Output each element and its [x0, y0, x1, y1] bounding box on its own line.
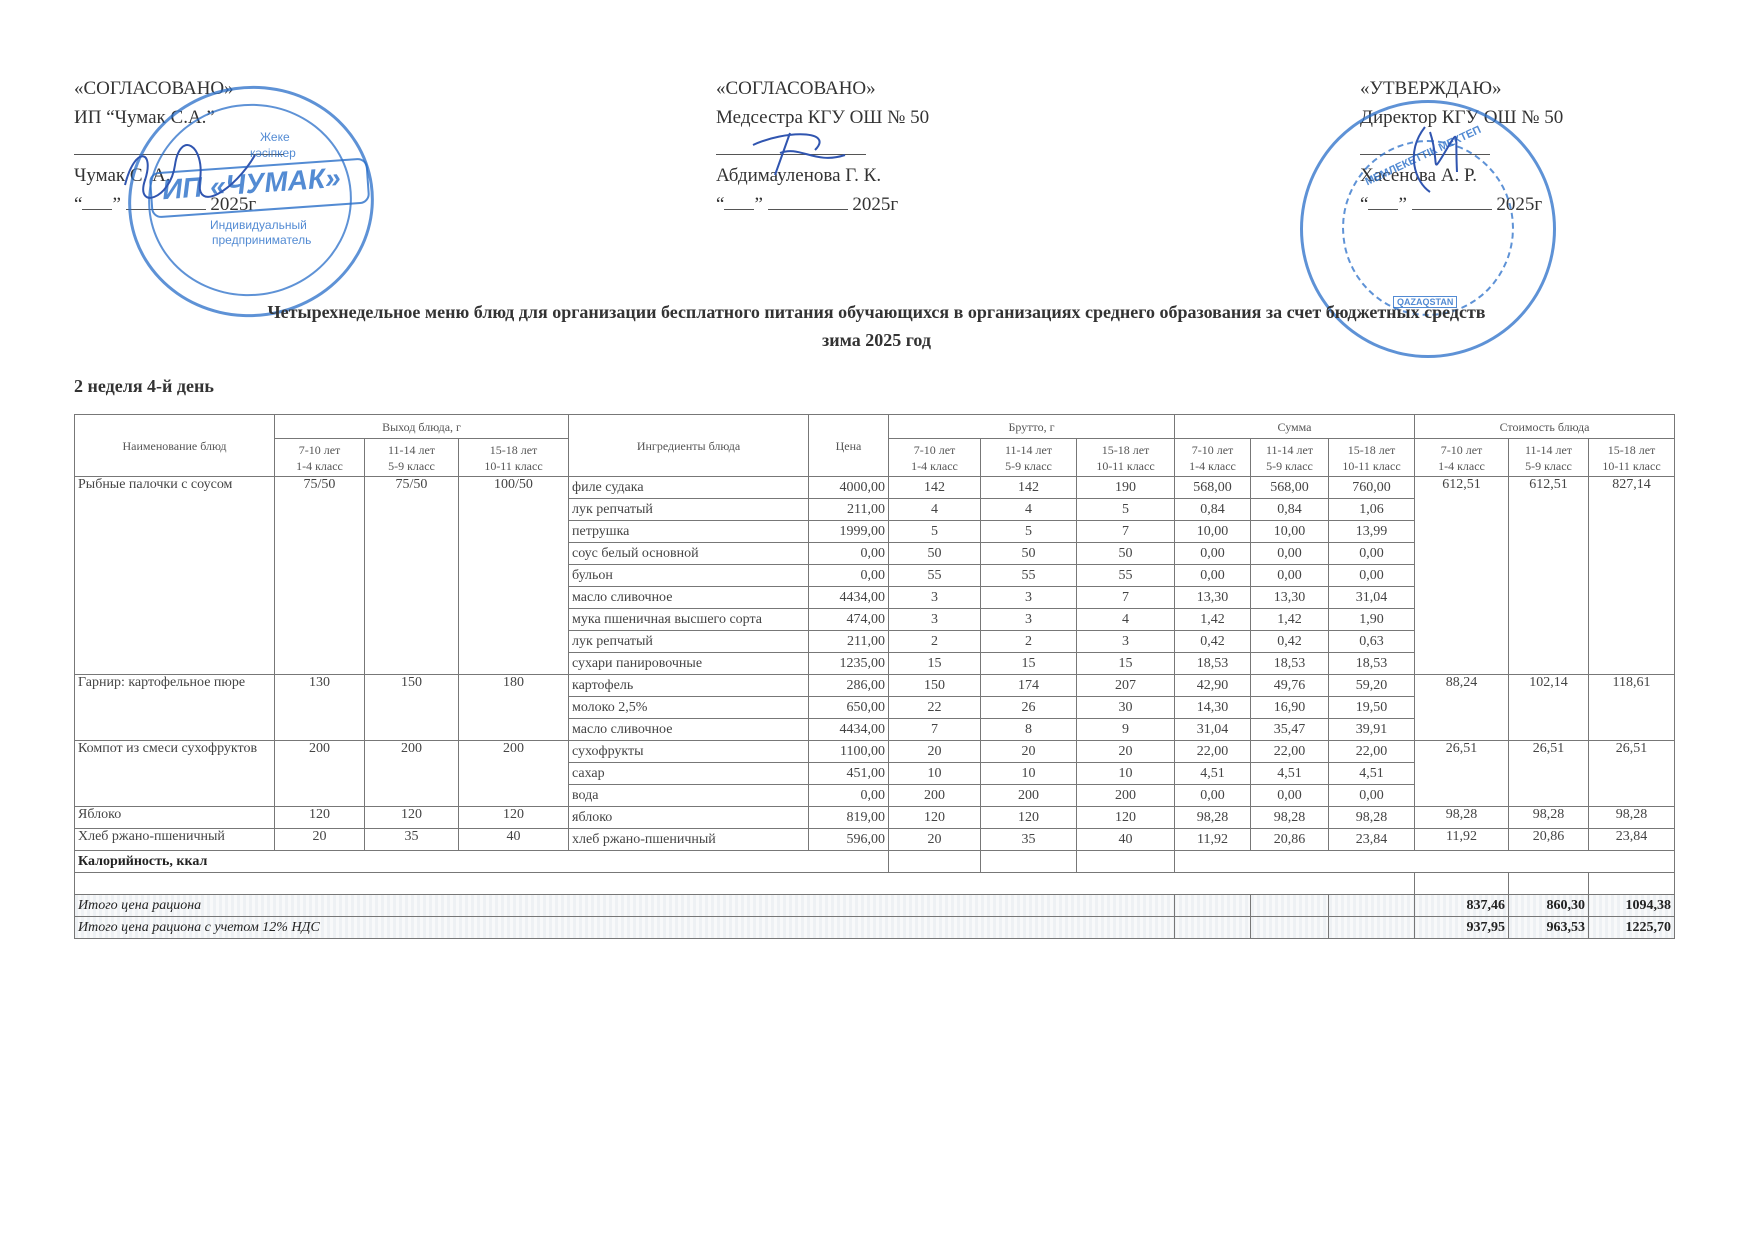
ingredient-gross: 200	[1077, 785, 1175, 807]
ingredient-sum: 10,00	[1175, 521, 1251, 543]
ingredient-gross: 142	[889, 477, 981, 499]
ingredient-sum: 0,42	[1251, 631, 1329, 653]
dish-cost: 26,51	[1589, 741, 1675, 807]
ingredient-name: сахар	[569, 763, 809, 785]
ingredient-sum: 0,00	[1251, 543, 1329, 565]
ingredient-price: 451,00	[809, 763, 889, 785]
dish-cost: 612,51	[1415, 477, 1509, 675]
ingredient-price: 1100,00	[809, 741, 889, 763]
ingredient-sum: 35,47	[1251, 719, 1329, 741]
ingredient-gross: 174	[981, 675, 1077, 697]
ingredient-gross: 3	[889, 587, 981, 609]
ingredient-gross: 7	[889, 719, 981, 741]
ingredient-gross: 7	[1077, 521, 1175, 543]
ingredient-gross: 40	[1077, 829, 1175, 851]
blank-cell	[1509, 873, 1589, 895]
dish-yield: 180	[459, 675, 569, 741]
approval-heading: «УТВЕРЖДАЮ»	[1360, 74, 1563, 103]
ingredient-gross: 142	[981, 477, 1077, 499]
dish-cost: 26,51	[1415, 741, 1509, 807]
dish-cost: 612,51	[1509, 477, 1589, 675]
ingredient-sum: 13,30	[1175, 587, 1251, 609]
ingredient-name: петрушка	[569, 521, 809, 543]
ingredient-gross: 20	[889, 741, 981, 763]
ingredient-name: филе судака	[569, 477, 809, 499]
signature-scribble	[1395, 122, 1465, 202]
ingredient-sum: 0,42	[1175, 631, 1251, 653]
ingredient-gross: 50	[1077, 543, 1175, 565]
ingredient-price: 1999,00	[809, 521, 889, 543]
ingredient-gross: 15	[889, 653, 981, 675]
dish-cost: 98,28	[1415, 807, 1509, 829]
ingredient-sum: 0,00	[1175, 785, 1251, 807]
signature-scribble	[115, 140, 265, 210]
ingredient-price: 4434,00	[809, 719, 889, 741]
ingredient-name: яблоко	[569, 807, 809, 829]
ingredient-sum: 10,00	[1251, 521, 1329, 543]
dish-cost: 118,61	[1589, 675, 1675, 741]
header-age-group: 15-18 лет10-11 класс	[459, 439, 569, 477]
header-dish-cost: Стоимость блюда	[1415, 415, 1675, 439]
ingredient-name: мука пшеничная высшего сорта	[569, 609, 809, 631]
dish-yield: 200	[275, 741, 365, 807]
ingredient-sum: 0,84	[1251, 499, 1329, 521]
ingredient-sum: 0,00	[1175, 565, 1251, 587]
total-vat-blank	[1175, 917, 1251, 939]
ingredient-gross: 20	[1077, 741, 1175, 763]
ingredient-gross: 120	[981, 807, 1077, 829]
ingredient-name: лук репчатый	[569, 499, 809, 521]
dish-yield: 35	[365, 829, 459, 851]
dish-cost: 11,92	[1415, 829, 1509, 851]
ingredient-sum: 0,00	[1175, 543, 1251, 565]
ingredient-name: соус белый основной	[569, 543, 809, 565]
ingredient-price: 1235,00	[809, 653, 889, 675]
ingredient-sum: 0,00	[1329, 785, 1415, 807]
signature-scribble	[745, 125, 855, 180]
ingredient-sum: 18,53	[1175, 653, 1251, 675]
dish-name: Компот из смеси сухофруктов	[75, 741, 275, 807]
ingredient-gross: 200	[889, 785, 981, 807]
header-age-group: 7-10 лет1-4 класс	[1175, 439, 1251, 477]
ingredient-gross: 55	[1077, 565, 1175, 587]
ingredient-gross: 15	[1077, 653, 1175, 675]
header-age-group: 15-18 лет10-11 класс	[1077, 439, 1175, 477]
ingredient-gross: 10	[981, 763, 1077, 785]
total-blank	[1251, 895, 1329, 917]
ingredient-sum: 31,04	[1175, 719, 1251, 741]
ingredient-name: сухофрукты	[569, 741, 809, 763]
total-vat-label: Итого цена рациона с учетом 12% НДС	[75, 917, 1175, 939]
ingredient-sum: 18,53	[1251, 653, 1329, 675]
total-vat-value: 963,53	[1509, 917, 1589, 939]
dish-yield: 75/50	[365, 477, 459, 675]
ingredient-price: 4000,00	[809, 477, 889, 499]
ingredient-gross: 10	[1077, 763, 1175, 785]
ingredient-sum: 22,00	[1251, 741, 1329, 763]
table-row: Яблоко120120120яблоко819,0012012012098,2…	[75, 807, 1675, 829]
dish-name: Рыбные палочки с соусом	[75, 477, 275, 675]
ingredient-sum: 22,00	[1329, 741, 1415, 763]
total-value: 860,30	[1509, 895, 1589, 917]
total-blank	[1175, 895, 1251, 917]
header-gross: Брутто, г	[889, 415, 1175, 439]
ingredient-price: 286,00	[809, 675, 889, 697]
total-row: Итого цена рациона837,46860,301094,38	[75, 895, 1675, 917]
ingredient-gross: 10	[889, 763, 981, 785]
dish-cost: 88,24	[1415, 675, 1509, 741]
ingredient-price: 211,00	[809, 631, 889, 653]
approval-date: “” 2025г	[716, 190, 929, 219]
header-age-group: 15-18 лет10-11 класс	[1329, 439, 1415, 477]
ingredient-price: 819,00	[809, 807, 889, 829]
total-vat-value: 937,95	[1415, 917, 1509, 939]
ingredient-sum: 1,90	[1329, 609, 1415, 631]
ingredient-name: молоко 2,5%	[569, 697, 809, 719]
dish-yield: 20	[275, 829, 365, 851]
ingredient-sum: 31,04	[1329, 587, 1415, 609]
header-age-group: 11-14 лет5-9 класс	[981, 439, 1077, 477]
ingredient-sum: 4,51	[1175, 763, 1251, 785]
header-age-group: 7-10 лет1-4 класс	[1415, 439, 1509, 477]
blank-cell	[75, 873, 1415, 895]
dish-cost: 26,51	[1509, 741, 1589, 807]
table-row: Рыбные палочки с соусом75/5075/50100/50ф…	[75, 477, 1675, 499]
table-row: Компот из смеси сухофруктов200200200сухо…	[75, 741, 1675, 763]
ingredient-price: 4434,00	[809, 587, 889, 609]
ingredient-sum: 19,50	[1329, 697, 1415, 719]
dish-yield: 75/50	[275, 477, 365, 675]
dish-name: Гарнир: картофельное пюре	[75, 675, 275, 741]
ingredient-name: хлеб ржано-пшеничный	[569, 829, 809, 851]
ingredient-name: вода	[569, 785, 809, 807]
ingredient-gross: 30	[1077, 697, 1175, 719]
ingredient-gross: 3	[1077, 631, 1175, 653]
ingredient-sum: 568,00	[1175, 477, 1251, 499]
ingredient-sum: 568,00	[1251, 477, 1329, 499]
blank-cell	[1415, 873, 1509, 895]
ingredient-sum: 1,06	[1329, 499, 1415, 521]
header-age-group: 11-14 лет5-9 класс	[1251, 439, 1329, 477]
ingredient-gross: 3	[981, 587, 1077, 609]
dish-name: Яблоко	[75, 807, 275, 829]
dish-cost: 98,28	[1589, 807, 1675, 829]
blank-cell	[1589, 873, 1675, 895]
ingredient-sum: 11,92	[1175, 829, 1251, 851]
ingredient-sum: 39,91	[1329, 719, 1415, 741]
document-title: Четырехнедельное меню блюд для организац…	[0, 302, 1753, 323]
ingredient-sum: 49,76	[1251, 675, 1329, 697]
dish-cost: 102,14	[1509, 675, 1589, 741]
ingredient-name: картофель	[569, 675, 809, 697]
total-value: 837,46	[1415, 895, 1509, 917]
ingredient-gross: 3	[889, 609, 981, 631]
ingredient-sum: 13,30	[1251, 587, 1329, 609]
dish-yield: 120	[365, 807, 459, 829]
ingredient-sum: 16,90	[1251, 697, 1329, 719]
stamp-text-line3: Индивидуальный	[210, 218, 307, 232]
ingredient-gross: 2	[889, 631, 981, 653]
dish-yield: 150	[365, 675, 459, 741]
dish-name: Хлеб ржано-пшеничный	[75, 829, 275, 851]
ingredient-sum: 4,51	[1329, 763, 1415, 785]
ingredient-sum: 23,84	[1329, 829, 1415, 851]
ingredient-name: масло сливочное	[569, 587, 809, 609]
ingredient-sum: 98,28	[1175, 807, 1251, 829]
total-blank	[1329, 895, 1415, 917]
ingredient-price: 650,00	[809, 697, 889, 719]
ingredient-gross: 207	[1077, 675, 1175, 697]
calories-row: Калорийность, ккал	[75, 851, 1675, 873]
header-age-group: 7-10 лет1-4 класс	[275, 439, 365, 477]
ingredient-sum: 20,86	[1251, 829, 1329, 851]
ingredient-price: 0,00	[809, 565, 889, 587]
ingredient-gross: 55	[889, 565, 981, 587]
total-vat-value: 1225,70	[1589, 917, 1675, 939]
total-label: Итого цена рациона	[75, 895, 1175, 917]
total-value: 1094,38	[1589, 895, 1675, 917]
document-subtitle: зима 2025 год	[0, 330, 1753, 351]
header-ingredients: Ингредиенты блюда	[569, 415, 809, 477]
ingredient-sum: 0,00	[1329, 565, 1415, 587]
total-vat-row: Итого цена рациона с учетом 12% НДС937,9…	[75, 917, 1675, 939]
ingredient-gross: 120	[1077, 807, 1175, 829]
ingredient-name: лук репчатый	[569, 631, 809, 653]
header-yield: Выход блюда, г	[275, 415, 569, 439]
blank-row	[75, 873, 1675, 895]
menu-table: Наименование блюд Выход блюда, г Ингреди…	[74, 414, 1675, 939]
dish-yield: 130	[275, 675, 365, 741]
calories-value	[889, 851, 981, 873]
ingredient-name: сухари панировочные	[569, 653, 809, 675]
header-sum: Сумма	[1175, 415, 1415, 439]
day-label: 2 неделя 4-й день	[74, 376, 214, 397]
ingredient-sum: 0,84	[1175, 499, 1251, 521]
ingredient-gross: 4	[889, 499, 981, 521]
dish-cost: 23,84	[1589, 829, 1675, 851]
ingredient-sum: 0,00	[1251, 565, 1329, 587]
total-vat-blank	[1329, 917, 1415, 939]
ingredient-name: бульон	[569, 565, 809, 587]
ingredient-gross: 50	[981, 543, 1077, 565]
ingredient-price: 0,00	[809, 785, 889, 807]
calories-label: Калорийность, ккал	[75, 851, 889, 873]
dish-yield: 120	[459, 807, 569, 829]
ingredient-sum: 4,51	[1251, 763, 1329, 785]
ingredient-gross: 2	[981, 631, 1077, 653]
ingredient-sum: 760,00	[1329, 477, 1415, 499]
dish-cost: 20,86	[1509, 829, 1589, 851]
header-age-group: 7-10 лет1-4 класс	[889, 439, 981, 477]
table-row: Гарнир: картофельное пюре130150180картоф…	[75, 675, 1675, 697]
ingredient-gross: 7	[1077, 587, 1175, 609]
ingredient-gross: 3	[981, 609, 1077, 631]
header-age-group: 15-18 лет10-11 класс	[1589, 439, 1675, 477]
ingredient-gross: 190	[1077, 477, 1175, 499]
ingredient-sum: 22,00	[1175, 741, 1251, 763]
dish-yield: 100/50	[459, 477, 569, 675]
dish-cost: 98,28	[1509, 807, 1589, 829]
ingredient-sum: 13,99	[1329, 521, 1415, 543]
ingredient-gross: 9	[1077, 719, 1175, 741]
ingredient-sum: 42,90	[1175, 675, 1251, 697]
ingredient-sum: 0,00	[1329, 543, 1415, 565]
total-vat-blank	[1251, 917, 1329, 939]
ingredient-gross: 200	[981, 785, 1077, 807]
calories-value	[981, 851, 1077, 873]
calories-value	[1077, 851, 1175, 873]
ingredient-sum: 98,28	[1329, 807, 1415, 829]
ingredient-sum: 59,20	[1329, 675, 1415, 697]
ingredient-sum: 18,53	[1329, 653, 1415, 675]
ingredient-gross: 8	[981, 719, 1077, 741]
ingredient-gross: 22	[889, 697, 981, 719]
header-age-group: 11-14 лет5-9 класс	[365, 439, 459, 477]
ingredient-sum: 1,42	[1175, 609, 1251, 631]
dish-yield: 200	[459, 741, 569, 807]
ingredient-gross: 5	[1077, 499, 1175, 521]
ingredient-sum: 98,28	[1251, 807, 1329, 829]
ingredient-sum: 14,30	[1175, 697, 1251, 719]
dish-yield: 120	[275, 807, 365, 829]
dish-cost: 827,14	[1589, 477, 1675, 675]
ingredient-price: 474,00	[809, 609, 889, 631]
ingredient-gross: 5	[981, 521, 1077, 543]
table-row: Хлеб ржано-пшеничный203540хлеб ржано-пше…	[75, 829, 1675, 851]
calories-blank	[1175, 851, 1675, 873]
ingredient-gross: 55	[981, 565, 1077, 587]
ingredient-sum: 0,00	[1251, 785, 1329, 807]
ingredient-gross: 5	[889, 521, 981, 543]
ingredient-price: 596,00	[809, 829, 889, 851]
ingredient-gross: 15	[981, 653, 1077, 675]
ingredient-gross: 35	[981, 829, 1077, 851]
ingredient-price: 0,00	[809, 543, 889, 565]
ingredient-name: масло сливочное	[569, 719, 809, 741]
approval-heading: «СОГЛАСОВАНО»	[716, 74, 929, 103]
header-age-group: 11-14 лет5-9 класс	[1509, 439, 1589, 477]
ingredient-gross: 150	[889, 675, 981, 697]
header-price: Цена	[809, 415, 889, 477]
ingredient-price: 211,00	[809, 499, 889, 521]
ingredient-gross: 4	[981, 499, 1077, 521]
dish-yield: 40	[459, 829, 569, 851]
ingredient-gross: 4	[1077, 609, 1175, 631]
ingredient-gross: 50	[889, 543, 981, 565]
dish-yield: 200	[365, 741, 459, 807]
ingredient-sum: 0,63	[1329, 631, 1415, 653]
ingredient-gross: 20	[889, 829, 981, 851]
ingredient-gross: 120	[889, 807, 981, 829]
stamp-text-line4: предприниматель	[212, 233, 311, 247]
ingredient-gross: 20	[981, 741, 1077, 763]
header-dish-name: Наименование блюд	[75, 415, 275, 477]
ingredient-sum: 1,42	[1251, 609, 1329, 631]
ingredient-gross: 26	[981, 697, 1077, 719]
